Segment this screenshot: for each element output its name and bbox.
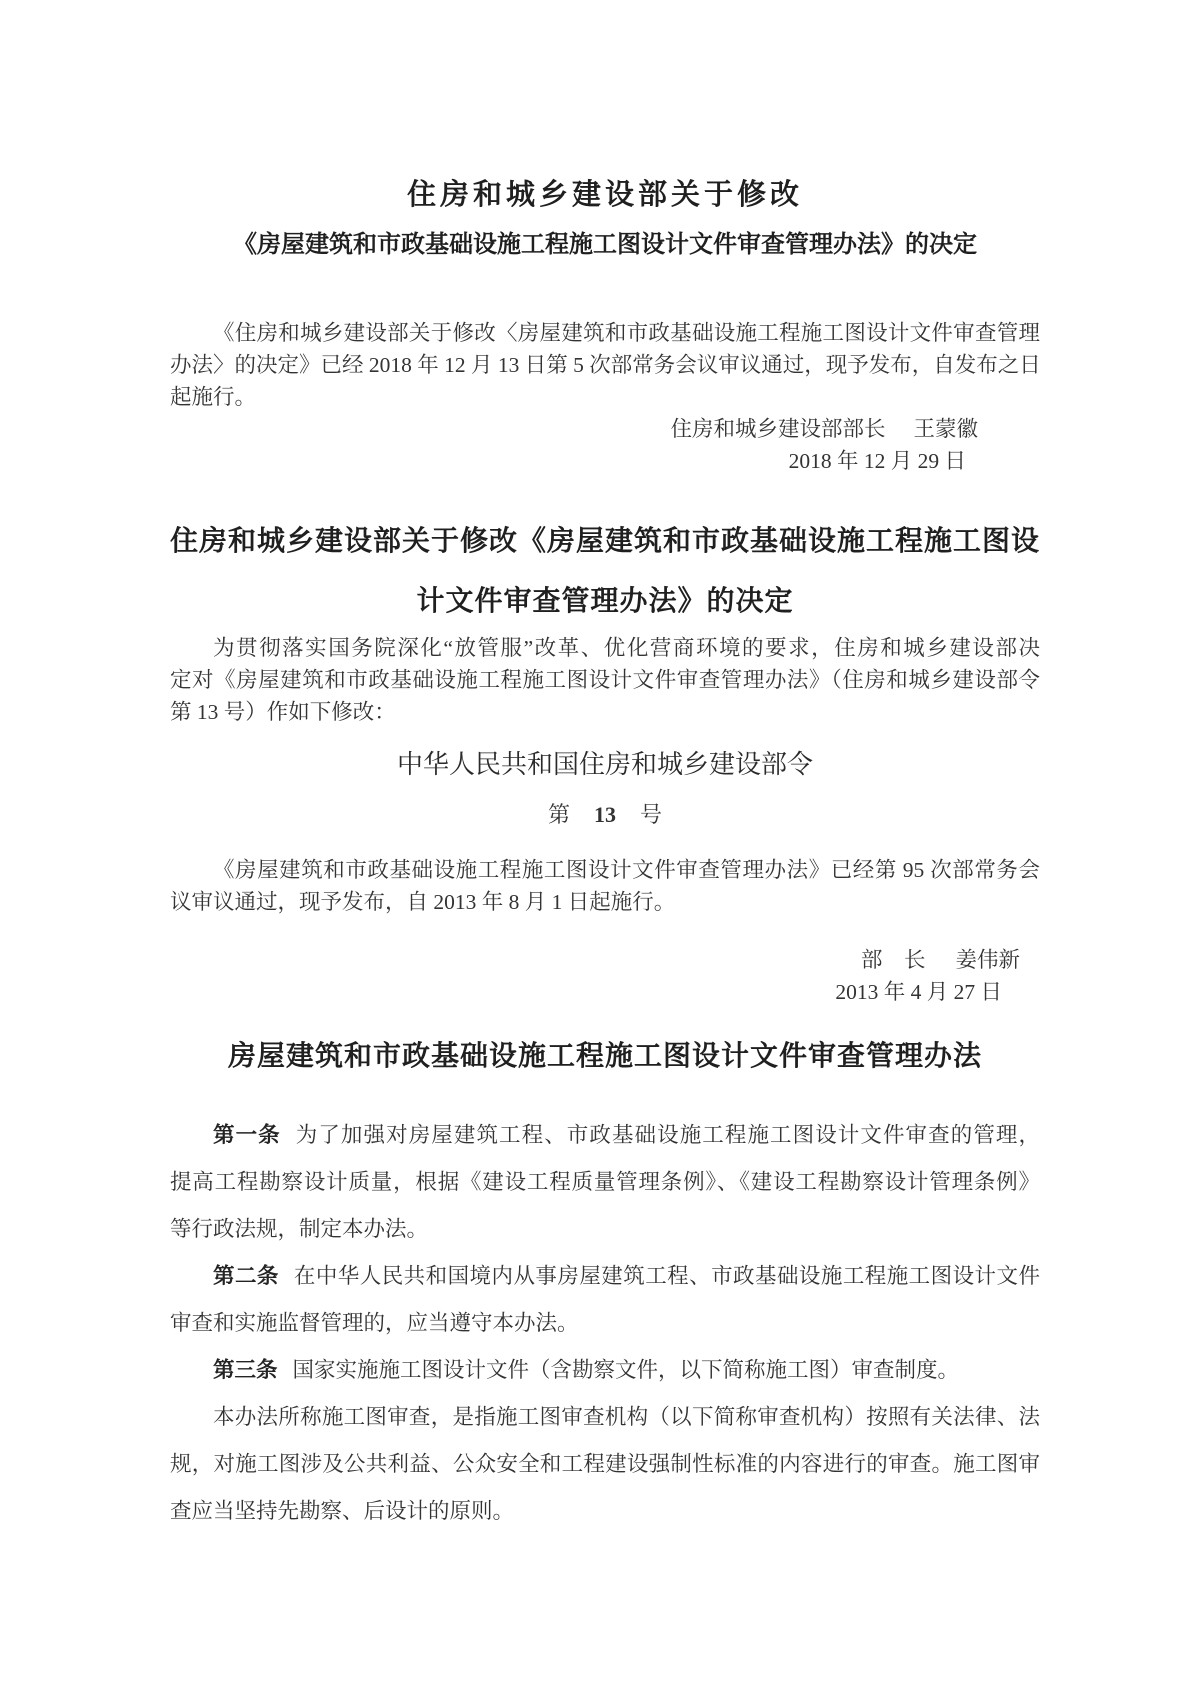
order-number-line: 第13号 [170, 797, 1040, 833]
signer-name-2013: 姜伟新 [955, 948, 1020, 972]
measures-articles: 第一条为了加强对房屋建筑工程、市政基础设施工程施工图设计文件审查的管理， 提高工… [170, 1112, 1040, 1535]
order-number-value: 13 [594, 802, 616, 827]
amendment-heading-line2: 计文件审查管理办法》的决定 [170, 572, 1040, 632]
order-body-line-1: 《房屋建筑和市政基础设施工程施工图设计文件审查管理办法》已经第 95 次部常务会 [170, 854, 1040, 886]
amendment-heading: 住房和城乡建设部关于修改《房屋建筑和市政基础设施工程施工图设 计文件审查管理办法… [170, 512, 1040, 632]
document-content: 住房和城乡建设部关于修改 《房屋建筑和市政基础设施工程施工图设计文件审查管理办法… [170, 175, 1040, 1535]
article-1-text: 为了加强对房屋建筑工程、市政基础设施工程施工图设计文件审查的管理， [296, 1123, 1040, 1147]
article-3-line-1: 第三条国家实施施工图设计文件（含勘察文件，以下简称施工图）审查制度。 [170, 1347, 1040, 1394]
decision-2018-body-paragraph: 《住房和城乡建设部关于修改〈房屋建筑和市政基础设施工程施工图设计文件审查管理 办… [170, 317, 1040, 413]
signature-date-2018: 2018 年 12 月 29 日 [170, 445, 1040, 477]
article-2-text: 在中华人民共和国境内从事房屋建筑工程、市政基础设施工程施工图设计文件 [294, 1264, 1040, 1288]
intro-line-2: 定对《房屋建筑和市政基础设施工程施工图设计文件审查管理办法》（住房和城乡建设部令 [170, 664, 1040, 696]
intro-line-3: 第 13 号）作如下修改： [170, 696, 1040, 728]
article-3-para2-line-2: 规，对施工图涉及公共利益、公众安全和工程建设强制性标准的内容进行的审查。施工图审 [170, 1441, 1040, 1488]
ministry-order-org-line: 中华人民共和国住房和城乡建设部令 [170, 745, 1040, 785]
article-3-text: 国家实施施工图设计文件（含勘察文件，以下简称施工图）审查制度。 [293, 1358, 960, 1382]
amendment-heading-line1: 住房和城乡建设部关于修改《房屋建筑和市政基础设施工程施工图设 [170, 512, 1040, 572]
article-1-line-1: 第一条为了加强对房屋建筑工程、市政基础设施工程施工图设计文件审查的管理， [170, 1112, 1040, 1159]
article-3-para2-line-1: 本办法所称施工图审查，是指施工图审查机构（以下简称审查机构）按照有关法律、法 [170, 1394, 1040, 1441]
amendment-intro-paragraph: 为贯彻落实国务院深化“放管服”改革、优化营商环境的要求，住房和城乡建设部决 定对… [170, 632, 1040, 728]
article-3-para2-line-3: 查应当坚持先勘察、后设计的原则。 [170, 1488, 1040, 1535]
measures-title: 房屋建筑和市政基础设施工程施工图设计文件审查管理办法 [170, 1035, 1040, 1079]
signer-name-2018: 王蒙徽 [913, 417, 978, 441]
article-2-label: 第二条 [213, 1264, 279, 1288]
document-page: 住房和城乡建设部关于修改 《房屋建筑和市政基础设施工程施工图设计文件审查管理办法… [0, 0, 1200, 1697]
body-line-1: 《住房和城乡建设部关于修改〈房屋建筑和市政基础设施工程施工图设计文件审查管理 [170, 317, 1040, 349]
signer-title-2013: 部 长 [861, 948, 926, 972]
signer-title-2018: 住房和城乡建设部部长 [670, 417, 885, 441]
signature-date-2013: 2013 年 4 月 27 日 [170, 976, 1040, 1008]
order-number-prefix: 第 [548, 802, 570, 827]
article-1-line-3: 等行政法规，制定本办法。 [170, 1206, 1040, 1253]
decision-2018-title-line1: 住房和城乡建设部关于修改 [170, 175, 1040, 215]
signature-line-2013: 部 长姜伟新 [170, 944, 1040, 976]
signature-block-2018: 住房和城乡建设部部长王蒙徽 2018 年 12 月 29 日 [170, 413, 1040, 477]
article-2-line-2: 审查和实施监督管理的，应当遵守本办法。 [170, 1300, 1040, 1347]
order-2013-body-paragraph: 《房屋建筑和市政基础设施工程施工图设计文件审查管理办法》已经第 95 次部常务会… [170, 854, 1040, 918]
article-1-line-2: 提高工程勘察设计质量，根据《建设工程质量管理条例》、《建设工程勘察设计管理条例》 [170, 1159, 1040, 1206]
body-line-3: 起施行。 [170, 381, 1040, 413]
decision-2018-title-line2: 《房屋建筑和市政基础设施工程施工图设计文件审查管理办法》的决定 [170, 225, 1040, 265]
article-2-line-1: 第二条在中华人民共和国境内从事房屋建筑工程、市政基础设施工程施工图设计文件 [170, 1253, 1040, 1300]
order-number-suffix: 号 [640, 802, 662, 827]
body-line-2: 办法〉的决定》已经 2018 年 12 月 13 日第 5 次部常务会议审议通过… [170, 349, 1040, 381]
signature-block-2013: 部 长姜伟新 2013 年 4 月 27 日 [170, 944, 1040, 1008]
intro-line-1: 为贯彻落实国务院深化“放管服”改革、优化营商环境的要求，住房和城乡建设部决 [170, 632, 1040, 664]
article-3-label: 第三条 [213, 1358, 278, 1382]
article-1-label: 第一条 [213, 1123, 281, 1147]
signature-line-2018: 住房和城乡建设部部长王蒙徽 [170, 413, 1040, 445]
order-body-line-2: 议审议通过，现予发布，自 2013 年 8 月 1 日起施行。 [170, 886, 1040, 918]
